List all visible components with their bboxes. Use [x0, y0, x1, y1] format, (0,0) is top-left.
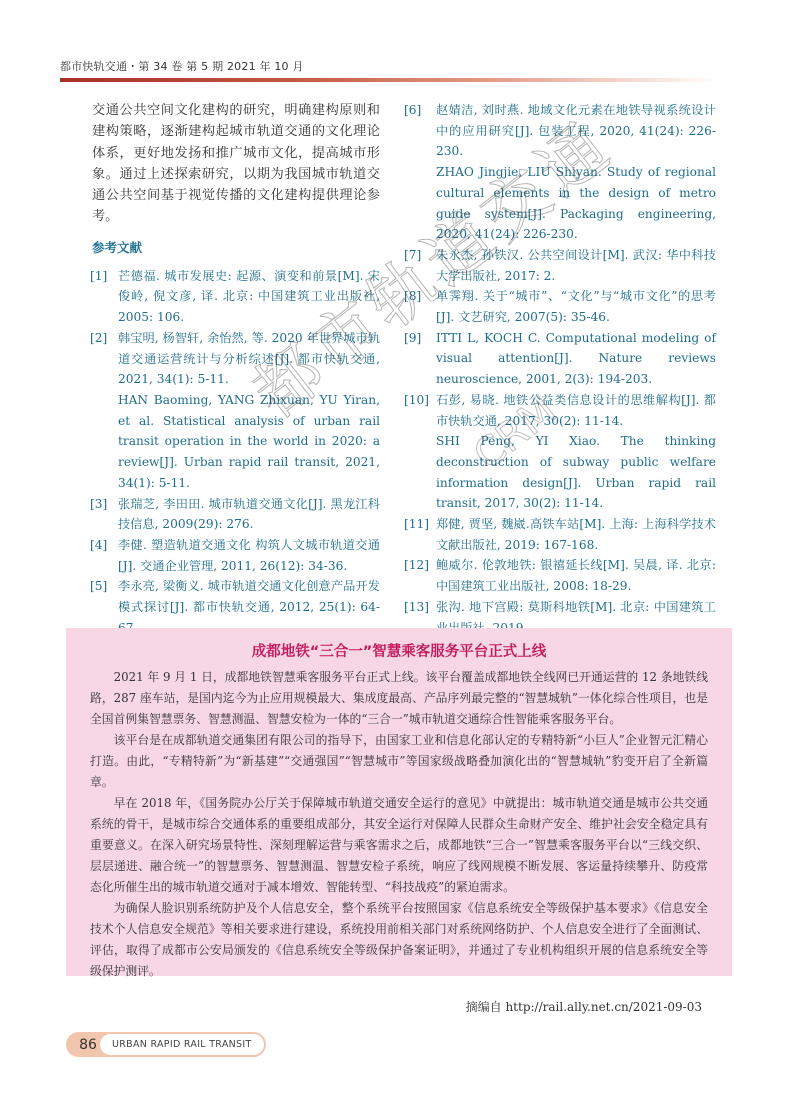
reference-item: [6] 赵婧洁, 刘时燕. 地域文化元素在地铁导视系统设计中的应用研究[J]. … — [404, 100, 716, 245]
reference-number: [11] — [404, 514, 429, 535]
reference-text-zh: 李永亮, 梁衡义. 城市轨道交通文化创意产品开发模式探讨[J]. 都市快轨交通,… — [118, 579, 380, 634]
reference-text-zh: 李健. 塑造轨道交通文化 构筑人文城市轨道交通[J]. 交通企业管理, 2011… — [118, 538, 380, 573]
reference-item: [7] 朱永杰, 孙铁汉. 公共空间设计[M]. 武汉: 华中科技大学出版社, … — [404, 245, 716, 286]
news-title: 成都地铁“三合一”智慧乘客服务平台正式上线 — [90, 640, 708, 661]
reference-number: [10] — [404, 390, 429, 411]
reference-item: [1] 芒德福. 城市发展史: 起源、演变和前景[M]. 宋俊岭, 倪文彦, 译… — [92, 266, 380, 328]
reference-item: [8] 单霁翔. 关于“城市”、“文化”与“城市文化”的思考[J]. 文艺研究,… — [404, 286, 716, 327]
reference-text-zh: 鲍威尔. 伦敦地铁: 银禧延长线[M]. 吴晨, 译. 北京: 中国建筑工业出版… — [436, 558, 716, 593]
closing-paragraph: 交通公共空间文化建构的研究，明确建构原则和建构策略，逐渐建构起城市轨道交通的文化… — [92, 100, 380, 228]
reference-text-zh: 郑健, 贾坚, 魏崴.高铁车站[M]. 上海: 上海科学技术文献出版社, 201… — [436, 517, 716, 552]
reference-text-zh: 张瑞芝, 李田田. 城市轨道交通文化[J]. 黑龙江科技信息, 2009(29)… — [118, 497, 380, 532]
reference-item: [11] 郑健, 贾坚, 魏崴.高铁车站[M]. 上海: 上海科学技术文献出版社… — [404, 514, 716, 555]
reference-number: [5] — [90, 576, 107, 597]
reference-text-zh: 韩宝明, 杨智轩, 余怡然, 等. 2020 年世界城市轨道交通运营统计与分析综… — [118, 331, 380, 386]
reference-number: [8] — [404, 286, 421, 307]
reference-item: [12] 鲍威尔. 伦敦地铁: 银禧延长线[M]. 吴晨, 译. 北京: 中国建… — [404, 555, 716, 596]
news-box: 成都地铁“三合一”智慧乘客服务平台正式上线 2021 年 9 月 1 日，成都地… — [66, 628, 732, 976]
reference-number: [3] — [90, 494, 107, 515]
reference-text-zh: 芒德福. 城市发展史: 起源、演变和前景[M]. 宋俊岭, 倪文彦, 译. 北京… — [118, 269, 380, 324]
news-paragraph: 为确保人脸识别系统防护及个人信息安全，整个系统平台按照国家《信息系统安全等级保护… — [90, 898, 708, 982]
reference-text-en: ZHAO Jingjie, LIU Shiyan. Study of regio… — [436, 162, 716, 245]
header-rule — [60, 78, 720, 82]
page-footer: 86 URBAN RAPID RAIL TRANSIT — [66, 1032, 266, 1057]
news-paragraph: 该平台是在成都轨道交通集团有限公司的指导下，由国家工业和信息化部认定的专精特新“… — [90, 730, 708, 793]
reference-number: [6] — [404, 100, 421, 121]
news-source: 摘编自 http://rail.ally.net.cn/2021-09-03 — [90, 998, 708, 1015]
reference-text-en: HAN Baoming, YANG Zhixuan, YU Yiran, et … — [118, 390, 380, 494]
reference-number: [9] — [404, 328, 421, 349]
reference-text-en: SHI Peng, YI Xiao. The thinking deconstr… — [436, 431, 716, 514]
reference-text-zh: 赵婧洁, 刘时燕. 地域文化元素在地铁导视系统设计中的应用研究[J]. 包装工程… — [436, 103, 716, 158]
reference-item: [10] 石彭, 易晓. 地铁公益类信息设计的思维解构[J]. 都市快轨交通, … — [404, 390, 716, 514]
reference-item: [4] 李健. 塑造轨道交通文化 构筑人文城市轨道交通[J]. 交通企业管理, … — [92, 535, 380, 576]
right-column: [6] 赵婧洁, 刘时燕. 地域文化元素在地铁导视系统设计中的应用研究[J]. … — [404, 100, 716, 667]
running-header: 都市快轨交通・第 34 卷 第 5 期 2021 年 10 月 — [60, 58, 304, 74]
reference-item: [9] ITTI L, KOCH C. Computational modeli… — [404, 328, 716, 390]
news-paragraph: 2021 年 9 月 1 日，成都地铁智慧乘客服务平台正式上线。该平台覆盖成都地… — [90, 667, 708, 730]
reference-text-zh: 石彭, 易晓. 地铁公益类信息设计的思维解构[J]. 都市快轨交通, 2017,… — [436, 393, 716, 428]
reference-item: [3] 张瑞芝, 李田田. 城市轨道交通文化[J]. 黑龙江科技信息, 2009… — [92, 494, 380, 535]
reference-number: [12] — [404, 555, 429, 576]
reference-number: [1] — [90, 266, 107, 287]
journal-name: URBAN RAPID RAIL TRANSIT — [98, 1032, 266, 1057]
reference-text-zh: ITTI L, KOCH C. Computational modeling o… — [436, 331, 716, 386]
reference-text-zh: 朱永杰, 孙铁汉. 公共空间设计[M]. 武汉: 华中科技大学出版社, 2017… — [436, 248, 716, 283]
reference-number: [4] — [90, 535, 107, 556]
reference-number: [2] — [90, 328, 107, 349]
reference-number: [7] — [404, 245, 421, 266]
reference-number: [13] — [404, 597, 429, 618]
reference-text-zh: 单霁翔. 关于“城市”、“文化”与“城市文化”的思考[J]. 文艺研究, 200… — [436, 289, 716, 324]
reference-item: [2] 韩宝明, 杨智轩, 余怡然, 等. 2020 年世界城市轨道交通运营统计… — [92, 328, 380, 494]
news-paragraph: 早在 2018 年，《国务院办公厅关于保障城市轨道交通安全运行的意见》中就提出：… — [90, 793, 708, 898]
references-heading: 参考文献 — [92, 238, 380, 256]
